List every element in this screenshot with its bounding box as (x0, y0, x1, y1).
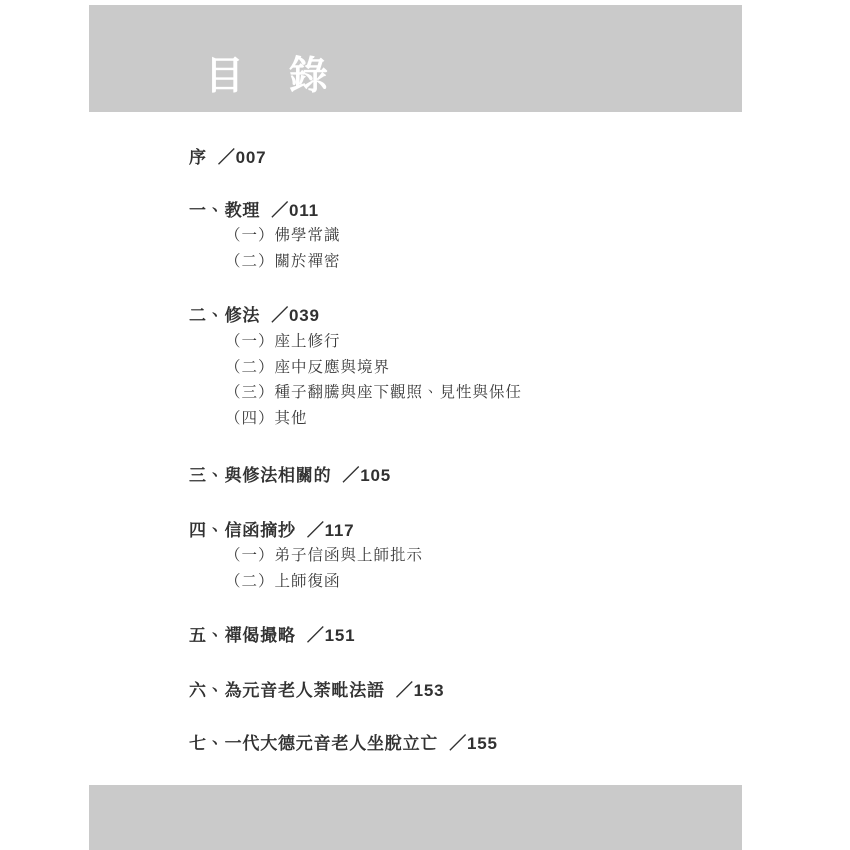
toc-entry-label: （二）座中反應與境界 (225, 358, 390, 376)
toc-subentry-2-4: （四）其他 (225, 410, 308, 427)
toc-entry-label: （一）座上修行 (225, 332, 341, 350)
toc-entry-page: ／011 (271, 201, 319, 220)
toc-entry-5: 五、禪偈撮略／151 (189, 626, 355, 645)
toc-entry-label: （三）種子翻騰與座下觀照、見性與保任 (225, 383, 522, 401)
toc-entry-page: ／039 (271, 306, 320, 325)
toc-subentry-4-2: （二）上師復函 (225, 573, 341, 590)
toc-entry-page: ／151 (307, 626, 356, 645)
toc-entry-label: 六、為元音老人荼毗法語 (189, 681, 385, 700)
toc-entry-4: 四、信函摘抄／117 (189, 521, 354, 540)
toc-subentry-4-1: （一）弟子信函與上師批示 (225, 547, 423, 564)
toc-entry-page: ／155 (449, 734, 498, 753)
toc-entry-7: 七、一代大德元音老人坐脫立亡／155 (189, 734, 498, 753)
toc-entry-preface: 序／007 (189, 148, 266, 167)
toc-entry-label: （四）其他 (225, 409, 308, 427)
page-title: 目 錄 (205, 56, 331, 98)
toc-subentry-2-3: （三）種子翻騰與座下觀照、見性與保任 (225, 384, 522, 401)
toc-page: 目 錄 序／007 一、教理／011 （一）佛學常識 （二）關於禪密 二、修法／… (0, 0, 850, 850)
toc-entry-label: （一）弟子信函與上師批示 (225, 546, 423, 564)
toc-entry-2: 二、修法／039 (189, 306, 320, 325)
toc-subentry-1-2: （二）關於禪密 (225, 253, 341, 270)
toc-entry-label: 一、教理 (189, 201, 260, 220)
toc-entry-label: 二、修法 (189, 306, 260, 325)
toc-entry-page: ／007 (218, 148, 267, 167)
toc-entry-page: ／117 (307, 521, 355, 540)
toc-entry-label: （二）關於禪密 (225, 252, 341, 270)
toc-entry-6: 六、為元音老人荼毗法語／153 (189, 681, 444, 700)
toc-entry-label: 序 (189, 148, 207, 167)
toc-entry-3: 三、與修法相關的／105 (189, 466, 391, 485)
toc-entry-page: ／153 (396, 681, 445, 700)
toc-entry-label: 三、與修法相關的 (189, 466, 331, 485)
toc-entry-label: 七、一代大德元音老人坐脫立亡 (189, 734, 438, 753)
toc-entry-label: （二）上師復函 (225, 572, 341, 590)
toc-entry-label: 五、禪偈撮略 (189, 626, 296, 645)
toc-subentry-1-1: （一）佛學常識 (225, 227, 341, 244)
toc-entry-page: ／105 (342, 466, 391, 485)
toc-entry-label: （一）佛學常識 (225, 226, 341, 244)
toc-entry-label: 四、信函摘抄 (189, 521, 296, 540)
header-band: 目 錄 (89, 5, 742, 112)
toc-subentry-2-2: （二）座中反應與境界 (225, 359, 390, 376)
toc-subentry-2-1: （一）座上修行 (225, 333, 341, 350)
footer-band (89, 785, 742, 850)
toc-entry-1: 一、教理／011 (189, 201, 319, 220)
